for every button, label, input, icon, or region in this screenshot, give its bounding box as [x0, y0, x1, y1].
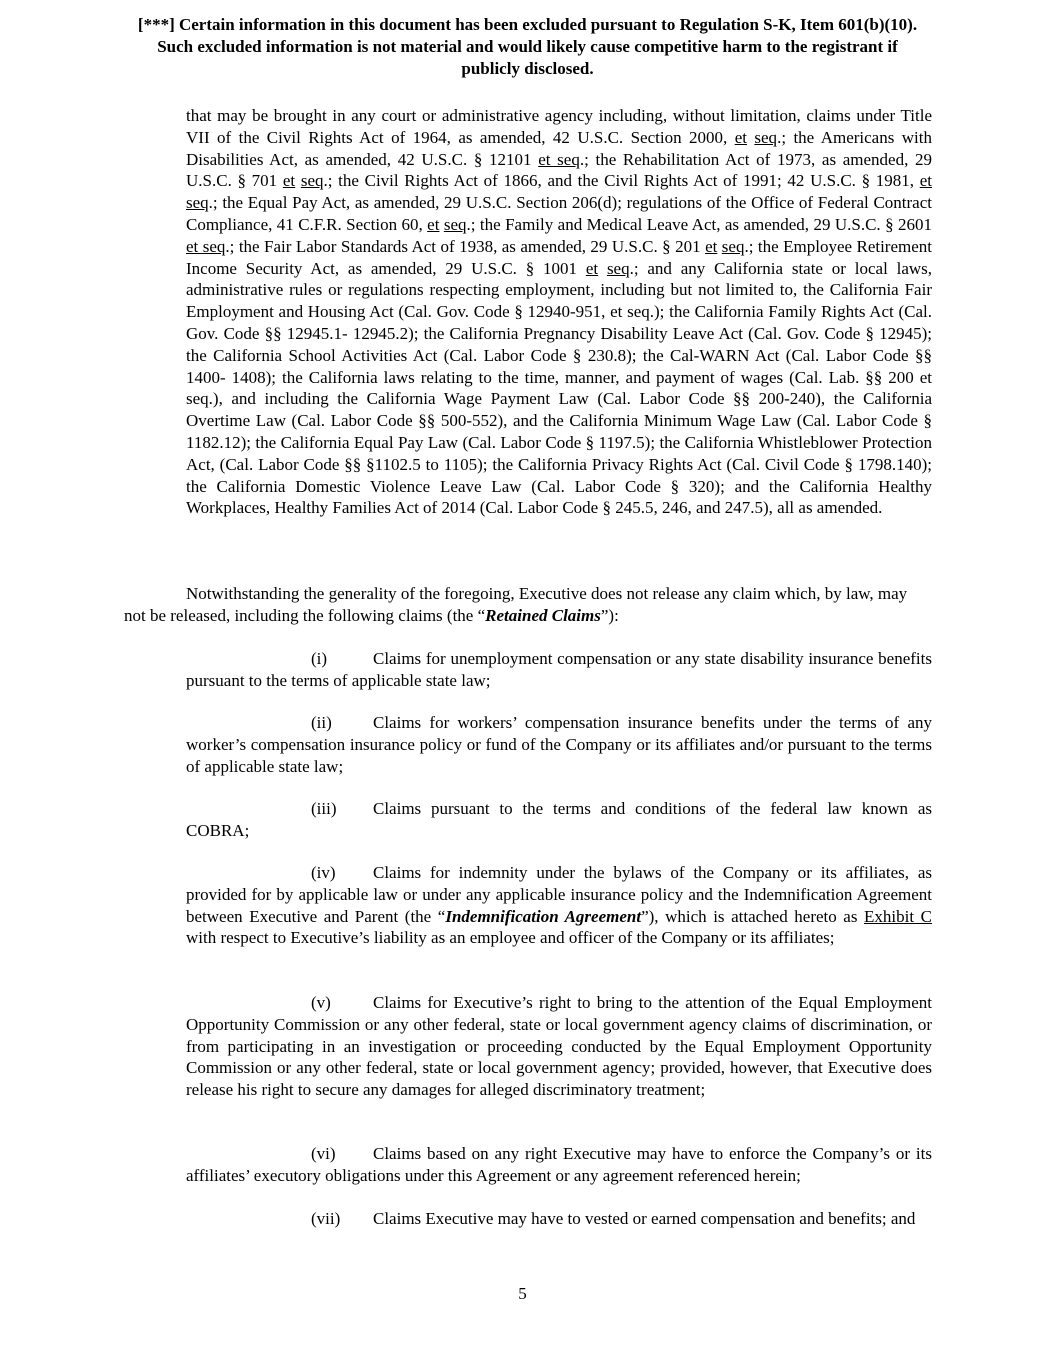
item-number: (v)	[311, 992, 373, 1014]
claim-item-iii: (iii)Claims pursuant to the terms and co…	[186, 798, 932, 842]
header-line-1: [***] Certain information in this docume…	[80, 14, 975, 36]
header-line-3: publicly disclosed.	[80, 58, 975, 80]
claim-item-vii: (vii)Claims Executive may have to vested…	[186, 1208, 932, 1230]
item-text: Claims for workers’ compensation insuran…	[186, 713, 932, 776]
text-run: .; the Civil Rights Act of 1866, and the…	[324, 171, 920, 190]
claim-item-v: (v)Claims for Executive’s right to bring…	[186, 992, 932, 1101]
item-number: (i)	[311, 648, 373, 670]
header-line-2: Such excluded information is not materia…	[80, 36, 975, 58]
item-text: with respect to Executive’s liability as…	[186, 928, 835, 947]
item-number: (iii)	[311, 798, 373, 820]
claim-item-i: (i)Claims for unemployment compensation …	[186, 648, 932, 692]
item-number: (ii)	[311, 712, 373, 734]
claim-item-ii: (ii)Claims for workers’ compensation ins…	[186, 712, 932, 777]
underlined-et: et	[586, 259, 598, 278]
text-run: ”):	[601, 606, 619, 625]
retained-claims-intro: Notwithstanding the generality of the fo…	[124, 583, 919, 627]
underlined-et: et	[735, 128, 747, 147]
item-text: Claims for unemployment compensation or …	[186, 649, 932, 690]
statutes-paragraph: that may be brought in any court or admi…	[186, 105, 932, 519]
claim-item-vi: (vi)Claims based on any right Executive …	[186, 1143, 932, 1187]
item-text: ”), which is attached hereto as	[641, 907, 864, 926]
redaction-notice-header: [***] Certain information in this docume…	[80, 14, 975, 80]
underlined-et: et	[705, 237, 717, 256]
item-number: (vii)	[311, 1208, 373, 1230]
text-run: .; the Fair Labor Standards Act of 1938,…	[225, 237, 705, 256]
underlined-seq: seq	[607, 259, 630, 278]
underlined-seq: seq	[722, 237, 745, 256]
underlined-et: et	[283, 171, 295, 190]
underlined-et: et	[427, 215, 439, 234]
item-text: Claims pursuant to the terms and conditi…	[186, 799, 932, 840]
item-text: Claims for Executive’s right to bring to…	[186, 993, 932, 1099]
underlined-et-seq: et seq	[186, 237, 225, 256]
underlined-seq: seq	[444, 215, 467, 234]
page-number: 5	[0, 1284, 1045, 1304]
underlined-seq: seq	[186, 193, 209, 212]
item-text: Claims Executive may have to vested or e…	[373, 1209, 915, 1228]
underlined-et: et	[920, 171, 932, 190]
underlined-seq: seq	[301, 171, 324, 190]
item-text: Claims based on any right Executive may …	[186, 1144, 932, 1185]
underlined-seq: seq	[754, 128, 777, 147]
exhibit-c-reference: Exhibit C	[864, 907, 932, 926]
claim-item-iv: (iv)Claims for indemnity under the bylaw…	[186, 862, 932, 949]
underlined-et-seq: et seq	[538, 150, 580, 169]
item-number: (iv)	[311, 862, 373, 884]
text-run: .; the Family and Medical Leave Act, as …	[467, 215, 932, 234]
defined-term-retained-claims: Retained Claims	[485, 606, 601, 625]
defined-term-indemnification-agreement: Indemnification Agreement	[445, 907, 641, 926]
item-number: (vi)	[311, 1143, 373, 1165]
text-run: .; and any California state or local law…	[186, 259, 932, 518]
